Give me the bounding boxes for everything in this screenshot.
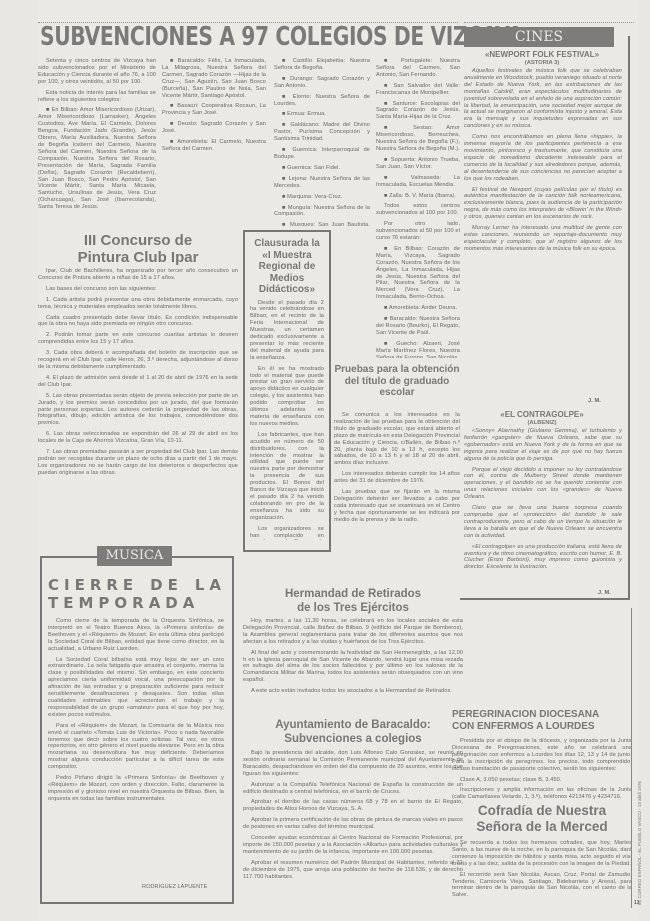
review1-signature: J. M.	[588, 398, 601, 405]
paragraph: ■ Sestao: Amor Misericordioso, Berreuche…	[376, 125, 460, 153]
paragraph: ■ Ermua: Ermua.	[274, 111, 370, 118]
musica-box: MUSICA CIERRE DE LA TEMPORADA Como cierr…	[40, 556, 234, 904]
paragraph: ■ Basauri: Cooperativa Rocaun, La Provin…	[162, 103, 266, 117]
paragraph: ■ Guernica: Interparroquial de Bodupe.	[274, 147, 370, 161]
paragraph: ■ Portugalete: Nuestra Señora del Carmen…	[376, 58, 460, 79]
paragraph: ■ Castillo Elejabeitia: Nuestra Señora d…	[274, 58, 370, 72]
paragraph: ■ Musques: San Juan Bautista, de Somorro…	[274, 222, 370, 226]
paragraph: ■ Lejona: Nuestra Señora de las Mercedes…	[274, 176, 370, 190]
paragraph: ■ Marquina: Vera-Cruz.	[274, 194, 370, 201]
clausurada-body: Desde el pasado día 2 ha venido celebrán…	[245, 300, 329, 540]
paragraph: ■ Valmaseda: La Inmaculada, Escuelas Men…	[376, 175, 460, 189]
review1-venue: (ASTORIA 3)	[462, 60, 622, 66]
subvenciones-col3: ■ Portugalete: Nuestra Señora del Carmen…	[376, 58, 460, 358]
review1-body: Aquellos festivales de música folk que s…	[464, 68, 622, 257]
ayuntamiento-body: Bajo la presidencia del alcalde, don Lui…	[243, 750, 463, 885]
paragraph: ■ San Salvador del Valle: Franciscanas d…	[376, 83, 460, 97]
paragraph: ■ Deusto: Sagrado Corazón y San José.	[162, 121, 266, 135]
paragraph: Esta noticia de interés para las familia…	[38, 90, 156, 104]
subvenciones-col2: ■ Baracaldo: Félix, La Inmaculada, La Mi…	[162, 58, 266, 157]
paragraph: ■ Baracaldo: Félix, La Inmaculada, La Mi…	[162, 58, 266, 99]
paragraph: ■ Guecho: Alzaeri, José María Martínez F…	[376, 341, 460, 358]
concurso-title: III Concurso de Pintura Club Ipar	[38, 232, 238, 266]
paragraph: ■ Sopuerta: Antonio Trueba, San Juan, Sa…	[376, 157, 460, 171]
paragraph: ■ Elorrio: Nuestra Señora de Lourdes.	[274, 94, 370, 108]
cofradia-body: Se recuerda a todos los hermanos cofrade…	[452, 840, 632, 900]
ayuntamiento-title: Ayuntamiento de Baracaldo: Subvenciones …	[243, 718, 463, 746]
paragraph: ■ En Bilbao: Corazón de María, Vizcaya, …	[376, 246, 460, 301]
subvenciones-col1: Setenta y cinco centros de Vizcaya han s…	[38, 58, 156, 215]
paragraph: Por otro lado, subvencionados al 50 por …	[376, 221, 460, 242]
review2-title: «EL CONTRAGOLPE»	[462, 410, 622, 419]
subvenciones-col2b: ■ Castillo Elejabeitia: Nuestra Señora d…	[274, 58, 370, 226]
musica-section-label: MUSICA	[97, 546, 172, 566]
review2-signature: J. M.	[598, 590, 611, 597]
cofradia-title: Cofradía de Nuestra Señora de la Merced	[452, 803, 632, 835]
paragraph: ■ Baracaldo: Nuestra Señora del Rosario …	[376, 316, 460, 337]
paragraph: Setenta y cinco centros de Vizcaya han s…	[38, 58, 156, 86]
paragraph: ■ Amorebieta: Ander Deuna.	[376, 305, 460, 312]
paragraph: ■ Galdácano: Madre del Divino Pastor, Pu…	[274, 122, 370, 143]
clausurada-box: Clausurada la «I Muestra Regional de Med…	[243, 230, 331, 552]
pruebas-body: Se comunica a los interesados en la real…	[334, 412, 460, 528]
review2-body: «Sonny» Abernathy (Giuliano Gemma), el t…	[464, 428, 622, 575]
newspaper-page: SUBVENCIONES A 97 COLEGIOS DE VIZCAYA Se…	[38, 0, 638, 921]
paragraph: ■ En Bilbao: Amor Misericordioso (Urizar…	[38, 107, 156, 211]
main-headline: SUBVENCIONES A 97 COLEGIOS DE VIZCAYA	[40, 22, 523, 52]
peregrinacion-body: Presidida por el obispo de la diócesis, …	[452, 738, 632, 804]
paragraph: ■ Guernica: San Fidel.	[274, 165, 370, 172]
concurso-body: Ipar, Club de Bachilleres, ha organizado…	[38, 268, 238, 481]
hermandad-title: Hermandad de Retirados de los Tres Ejérc…	[243, 587, 463, 615]
peregrinacion-title: PEREGRINACION DIOCESANA CON ENFERMOS A L…	[452, 709, 632, 733]
page-number: 13	[634, 900, 640, 906]
paragraph: ■ Santurce: Escolapias del Sagrado Coraz…	[376, 101, 460, 122]
paragraph: ■ Munguía: Nuestra Señora de la Compasió…	[274, 205, 370, 219]
review2-venue: (ALBENIZ)	[462, 420, 622, 426]
hermandad-body: Hoy, martes, a las 11,30 horas, se celeb…	[243, 618, 463, 699]
musica-body: Como cierre de la temporada de la Orques…	[48, 618, 224, 807]
musica-signature: RODRIGUEZ LAPUENTE	[142, 884, 207, 891]
paragraph: ■ Zalla: B. V. María (Ibarra).	[376, 193, 460, 200]
side-footer-text: EL CORREO ESPAÑOL - EL PUEBLO VASCO - 13…	[637, 781, 642, 905]
review1-title: «NEWPORT FOLK FESTIVAL»	[462, 50, 622, 59]
clausurada-title: Clausurada la «I Muestra Regional de Med…	[245, 232, 329, 300]
paragraph: Todos estos centros subvencionados al 10…	[376, 203, 460, 217]
musica-title: CIERRE DE LA TEMPORADA	[48, 576, 226, 612]
cines-rule	[464, 22, 634, 23]
paragraph: ■ Amorebieta: El Carmelo, Nuestra Señora…	[162, 139, 266, 153]
pruebas-title: Pruebas para la obtención del título de …	[334, 364, 460, 399]
paragraph: ■ Durango: Sagrado Corazón y San Antonio…	[274, 76, 370, 90]
